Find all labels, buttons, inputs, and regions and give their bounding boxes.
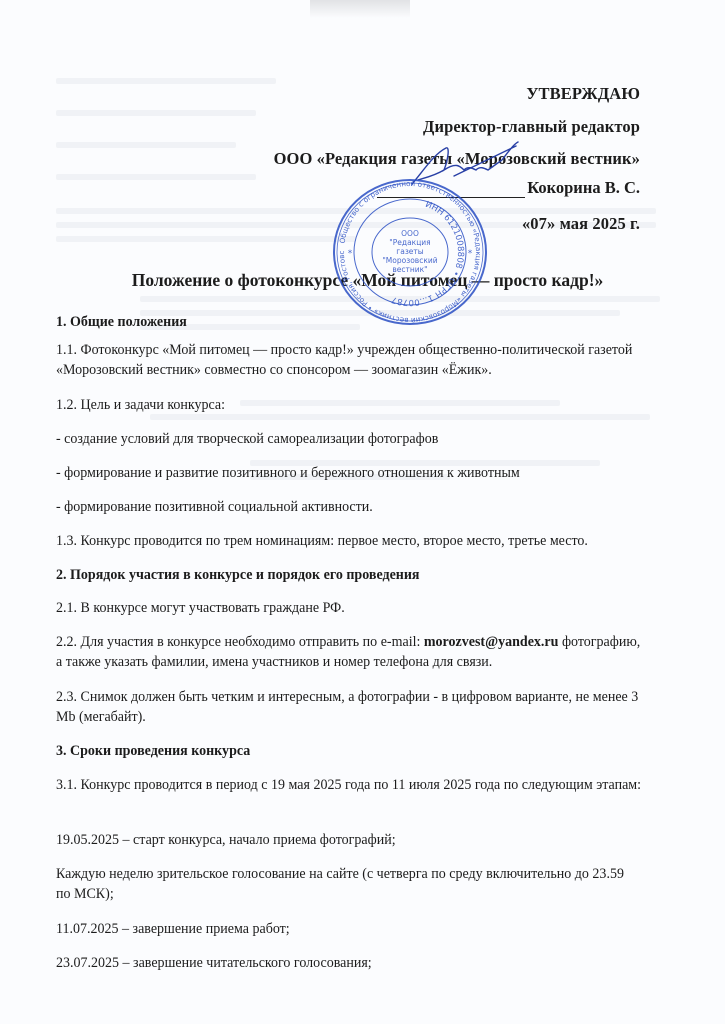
section-heading-1: 1. Общие положения xyxy=(56,312,642,332)
paragraph-2-1: 2.1. В конкурсе могут участвовать гражда… xyxy=(56,598,642,618)
paragraph-3-1: 3.1. Конкурс проводится в период с 19 ма… xyxy=(56,775,642,795)
stage-submission-end: 11.07.2025 – завершение приема работ; xyxy=(56,919,642,939)
approval-organization: ООО «Редакция газеты «Морозовский вестни… xyxy=(274,149,640,169)
svg-text:*: * xyxy=(468,249,473,259)
stage-voting-end: 23.07.2025 – завершение читательского го… xyxy=(56,953,642,973)
svg-text:"Морозовский: "Морозовский xyxy=(382,256,437,265)
goal-item-1: - создание условий для творческой саморе… xyxy=(56,429,642,449)
stage-start: 19.05.2025 – старт конкурса, начало прие… xyxy=(56,830,642,850)
scan-artifact xyxy=(310,0,410,18)
approval-position: Директор-главный редактор xyxy=(423,117,640,137)
paragraph-1-1: 1.1. Фотоконкурс «Мой питомец — просто к… xyxy=(56,340,642,380)
approval-heading: УТВЕРЖДАЮ xyxy=(526,84,640,104)
section-heading-3: 3. Сроки проведения конкурса xyxy=(56,741,642,761)
signature-line xyxy=(377,179,525,198)
organization-stamp-icon: Общество с ограниченной ответственностью… xyxy=(322,178,498,326)
section-heading-2: 2. Порядок участия в конкурсе и порядок … xyxy=(56,565,642,585)
goal-item-2: - формирование и развитие позитивного и … xyxy=(56,463,642,483)
paragraph-2-3: 2.3. Снимок должен быть четким и интерес… xyxy=(56,687,642,727)
svg-text:ООО: ООО xyxy=(401,229,419,238)
signature-row: Кокорина В. С. xyxy=(377,178,640,198)
stage-weekly-voting: Каждую неделю зрительское голосование на… xyxy=(56,864,642,904)
svg-text:газеты: газеты xyxy=(396,247,424,256)
paragraph-1-2: 1.2. Цель и задачи конкурса: xyxy=(56,395,642,415)
approval-date: «07» мая 2025 г. xyxy=(522,214,640,234)
paragraph-2-2: 2.2. Для участия в конкурсе необходимо о… xyxy=(56,632,642,672)
svg-text:*: * xyxy=(348,249,353,259)
paragraph-2-2-text: 2.2. Для участия в конкурсе необходимо о… xyxy=(56,634,424,650)
paragraph-1-3: 1.3. Конкурс проводится по трем номинаци… xyxy=(56,531,642,551)
scanned-document-page: УТВЕРЖДАЮ Директор-главный редактор ООО … xyxy=(0,0,725,1024)
contact-email: morozvest@yandex.ru xyxy=(424,634,559,650)
svg-text:"Редакция: "Редакция xyxy=(389,238,430,247)
signatory-name: Кокорина В. С. xyxy=(527,178,640,198)
svg-text:Общество с ограниченной ответс: Общество с ограниченной ответственностью… xyxy=(322,178,483,325)
page-title: Положение о фотоконкурсе «Мой питомец — … xyxy=(0,270,725,291)
goal-item-3: - формирование позитивной социальной акт… xyxy=(56,497,642,517)
